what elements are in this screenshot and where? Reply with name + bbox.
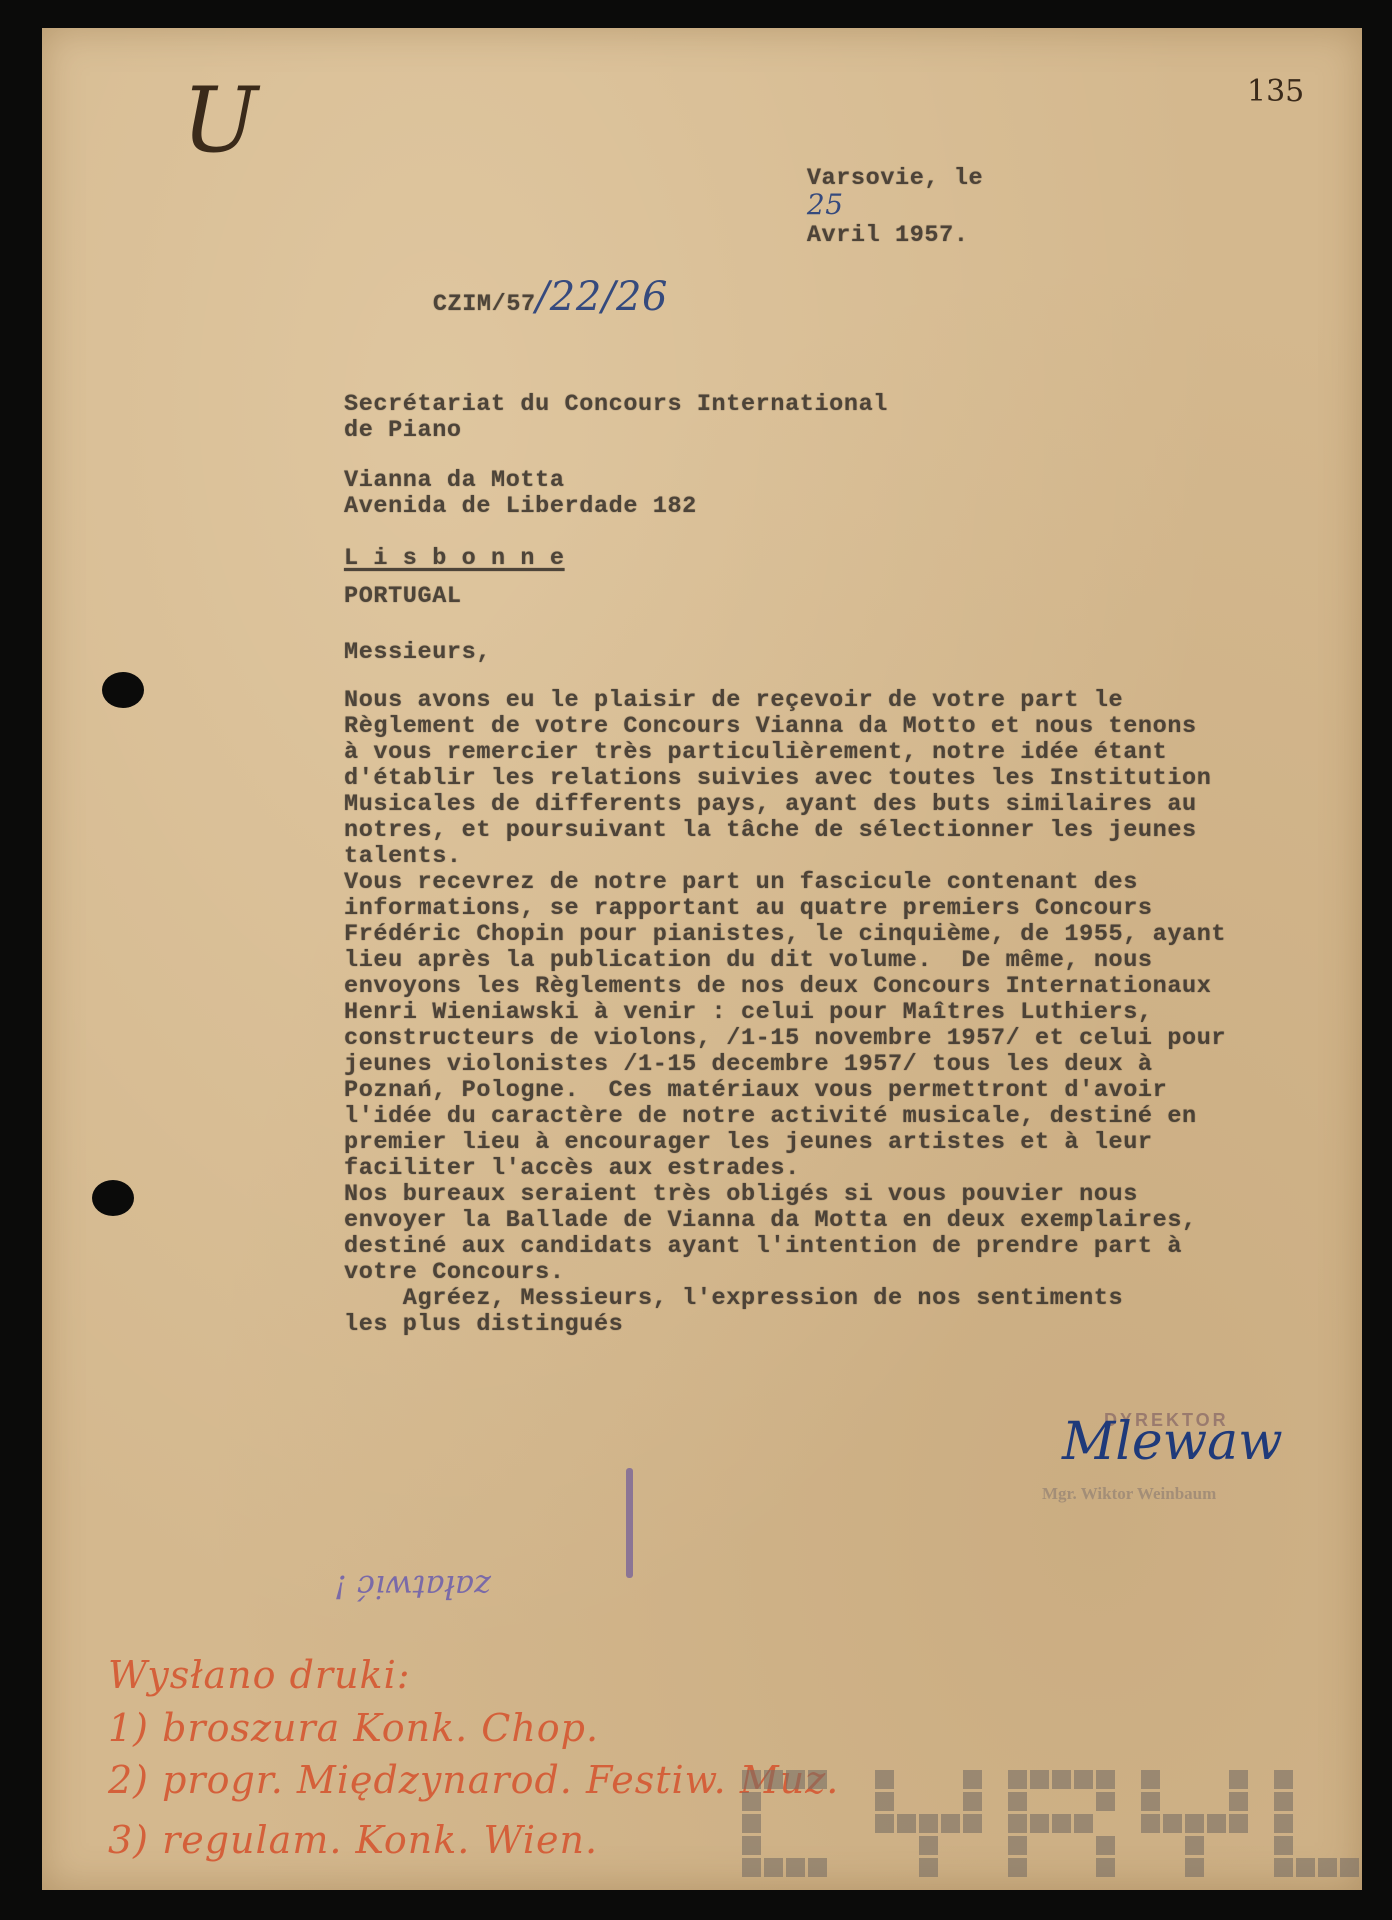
body-line: jeunes violonistes /1-15 decembre 1957/ … [344,1052,1153,1078]
body-line: envoyons les Règlements de nos deux Conc… [344,974,1211,1000]
body-line: talents. [344,844,462,870]
body-line: Musicales de differents pays, ayant des … [344,792,1197,818]
body-line: faciliter l'accès aux estrades. [344,1156,800,1182]
body-line: Agréez, Messieurs, l'expression de nos s… [344,1286,1123,1312]
date-day-handwritten: 25 [807,188,844,221]
body-line: d'établir les relations suivies avec tou… [344,766,1211,792]
watermark-letter-r [1008,1770,1115,1877]
body-line: lieu après la publication du dit volume.… [344,948,1153,974]
watermark-letter-y [1141,1770,1248,1877]
punch-hole-top [102,672,144,708]
top-left-handwritten-mark: U [182,68,258,173]
body-line: Poznań, Pologne. Ces matériaux vous perm… [344,1078,1167,1104]
recipient-line-3: Vianna da Motta [344,468,565,494]
red-note-heading: Wysłano druki: [108,1653,411,1697]
recipient-line-2: de Piano [344,418,462,444]
recipient-country: PORTUGAL [344,584,462,610]
place-date: Varsovie, le 25 Avril 1957. [748,140,983,275]
body-line: Nous avons eu le plaisir de reçevoir de … [344,688,1123,714]
cyryl-watermark [742,1770,1381,1877]
body-line: l'idée du caractère de notre activité mu… [344,1104,1197,1130]
body-line: envoyer la Ballade de Vianna da Motta en… [344,1208,1197,1234]
body-line: Nos bureaux seraient très obligés si vou… [344,1182,1138,1208]
red-note-item: 1) broszura Konk. Chop. [108,1706,599,1750]
body-line: votre Concours. [344,1260,565,1286]
body-line: premier lieu à encourager les jeunes art… [344,1130,1153,1156]
body-line: destiné aux candidats ayant l'intention … [344,1234,1182,1260]
body-line: Vous recevrez de notre part un fascicule… [344,870,1138,896]
watermark-letter-c [742,1770,849,1877]
body-line: Henri Wieniawski à venir : celui pour Ma… [344,1000,1153,1026]
body-line: Frédéric Chopin pour pianistes, le cinqu… [344,922,1226,948]
red-note-item: 3) regulam. Konk. Wien. [108,1818,598,1862]
body-line: informations, se rapportant au quatre pr… [344,896,1153,922]
signature-stamp-name: Mgr. Wiktor Weinbaum [1042,1484,1216,1504]
violet-pencil-note: załatwić ! [334,1568,491,1606]
recipient-line-1: Secrétariat du Concours International [344,392,888,418]
reference-typed: CZIM/57 [433,291,536,318]
letter-page: U 135 Varsovie, le 25 Avril 1957. CZIM/5… [42,28,1362,1890]
red-note-item: 2) progr. Międzynarod. Festiw. Muz. [108,1758,839,1802]
watermark-letter-y [875,1770,982,1877]
salutation: Messieurs, [344,640,491,666]
place-date-suffix: Avril 1957. [807,222,969,249]
punch-hole-bottom [92,1180,134,1216]
violet-exclamation-stroke [626,1468,633,1578]
body-line: Règlement de votre Concours Vianna da Mo… [344,714,1197,740]
body-line: constructeurs de violons, /1-15 novembre… [344,1026,1226,1052]
reference-handwritten: /22/26 [536,274,668,320]
page-number: 135 [1247,74,1304,109]
body-line: notres, et poursuivant la tâche de sélec… [344,818,1197,844]
recipient-line-4: Avenida de Liberdade 182 [344,494,697,520]
recipient-city: L i s b o n n e [344,546,565,572]
reference-number: CZIM/57/22/26 [374,258,668,345]
watermark-letter-l [1274,1770,1381,1877]
signature: Mlewaw [1062,1412,1283,1472]
body-line: les plus distingués [344,1312,623,1338]
body-line: à vous remercier très particulièrement, … [344,740,1167,766]
